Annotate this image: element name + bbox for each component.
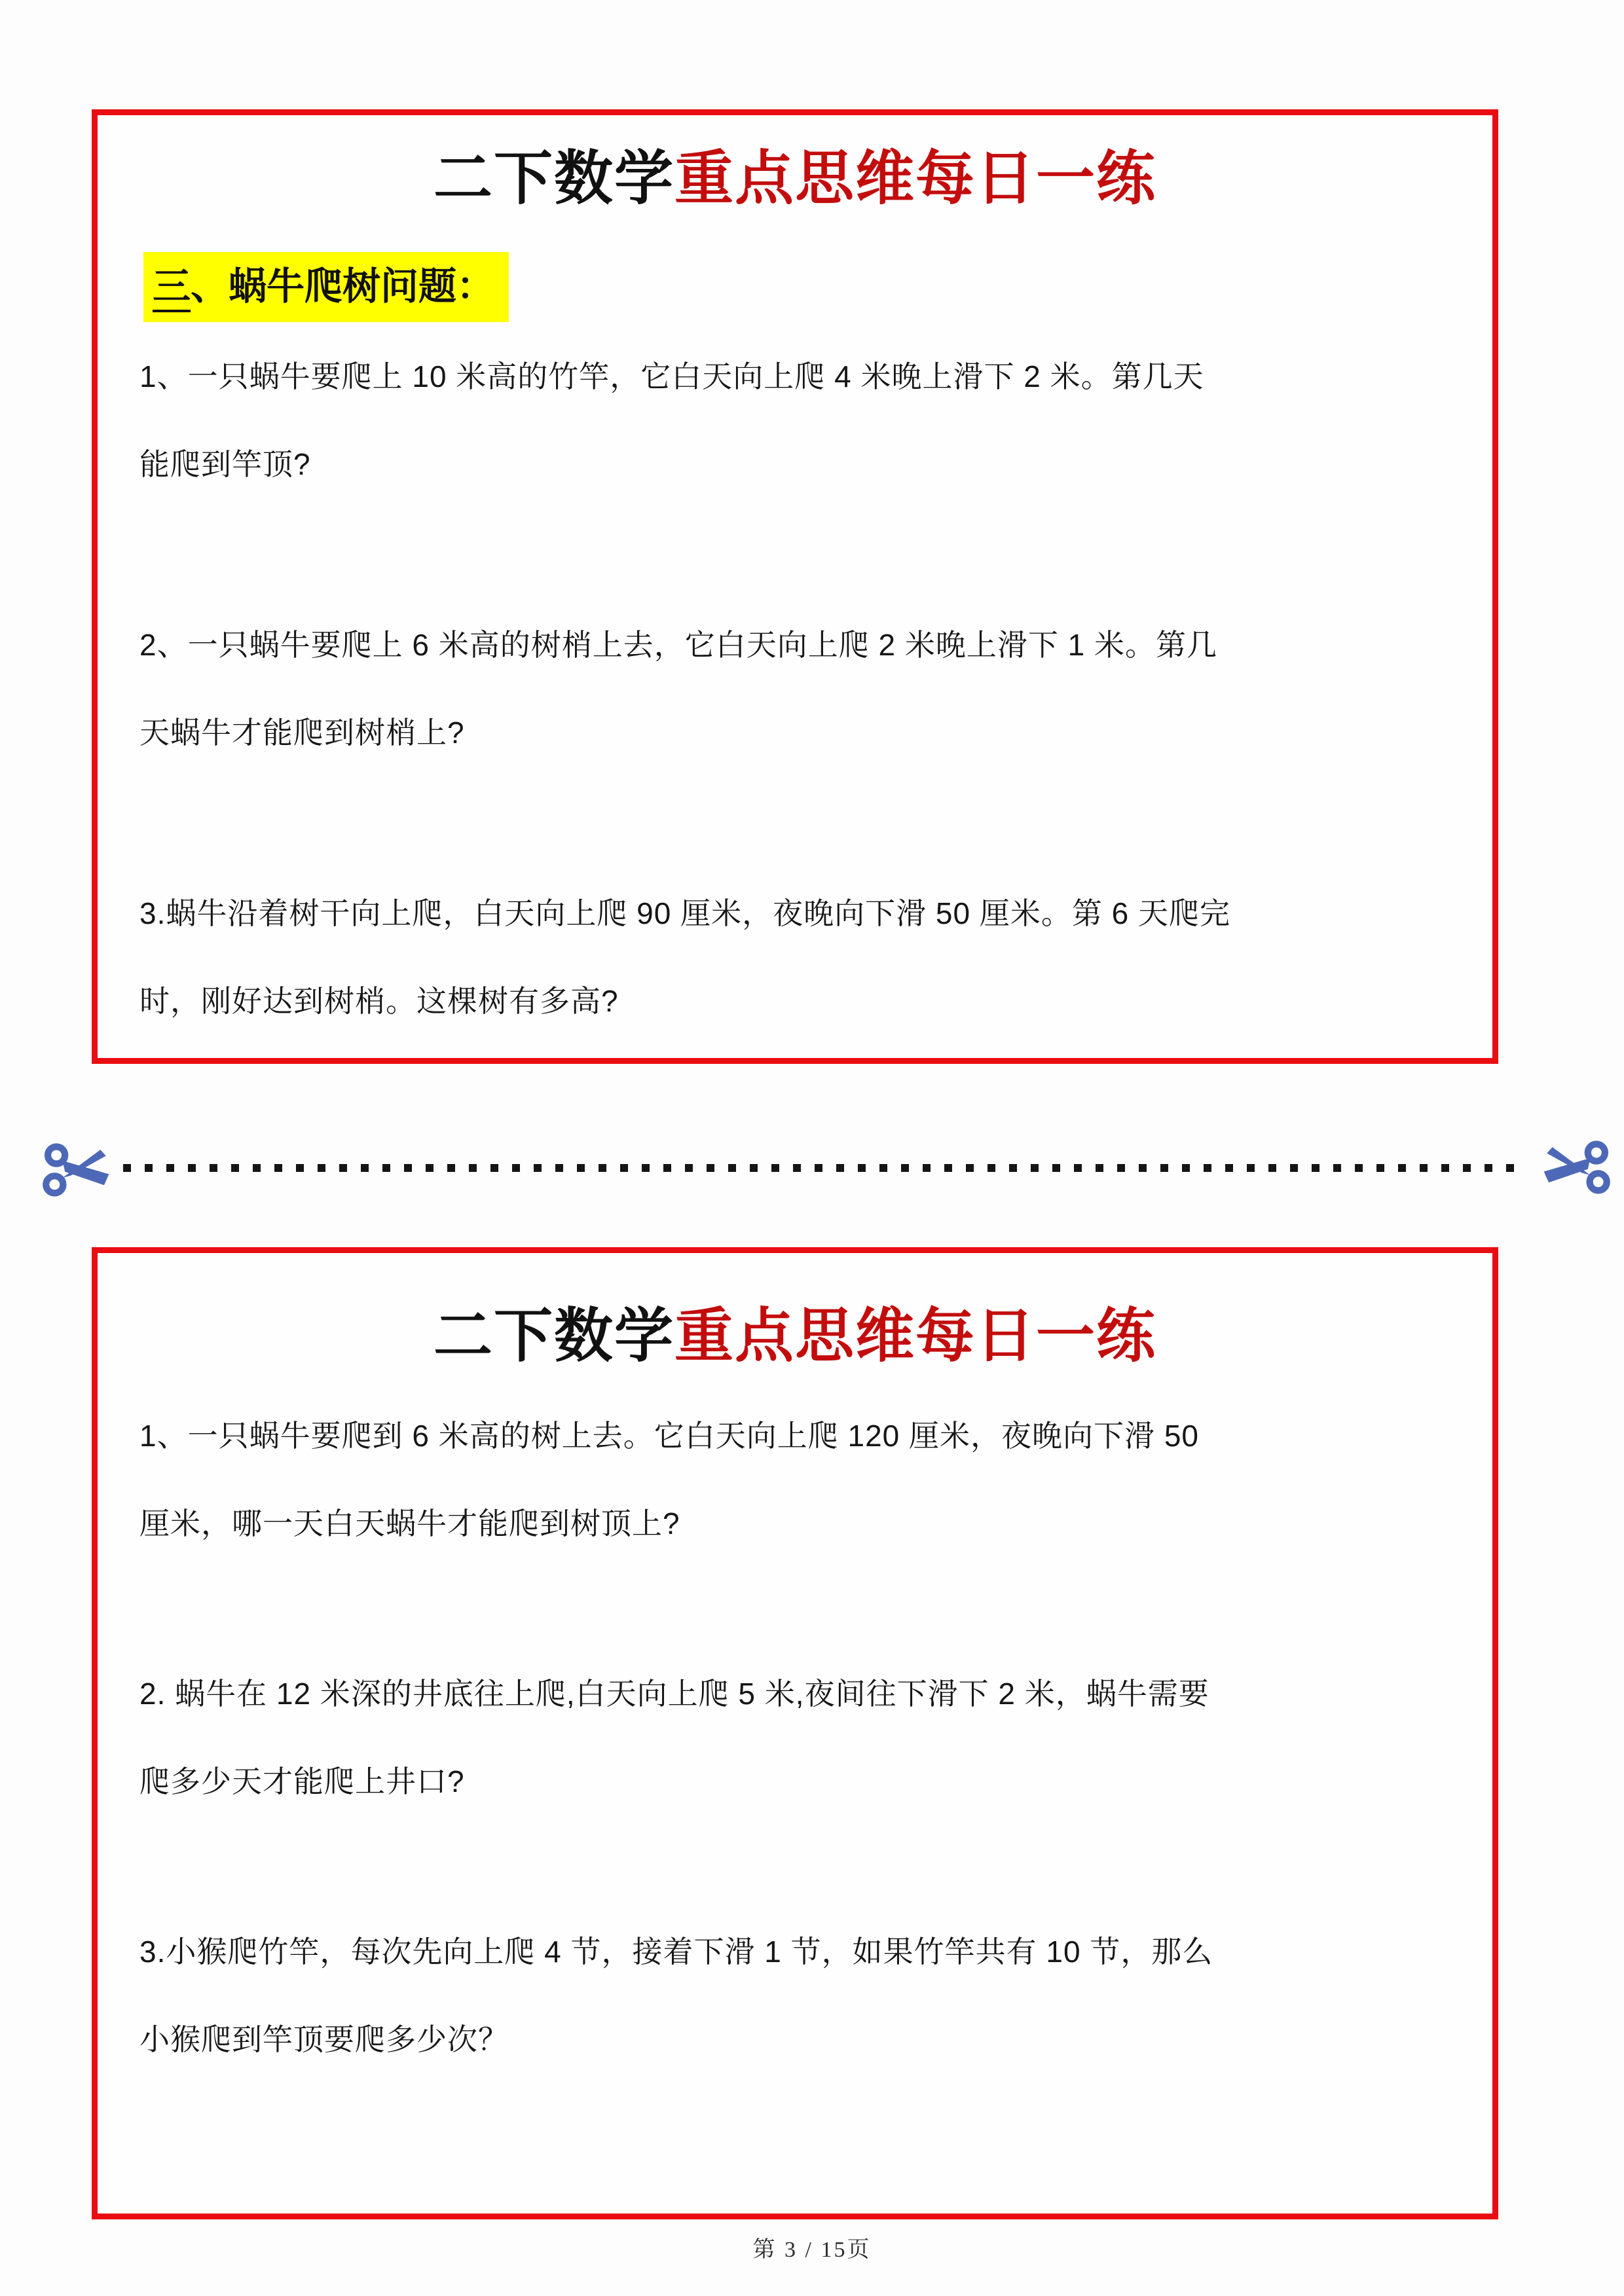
problem-text-line: 1、一只蜗牛要爬到 6 米高的树上去。它白天向上爬 120 厘米，夜晚向下滑 5…	[139, 1392, 1450, 1480]
problem-3: 3.蜗牛沿着树干向上爬，白天向上爬 90 厘米，夜晚向下滑 50 厘米。第 6 …	[139, 869, 1450, 1045]
section-heading-number: 三	[153, 265, 191, 312]
section-heading-text: 、蜗牛爬树问题：	[191, 265, 494, 308]
problem-list: 1、一只蜗牛要爬到 6 米高的树上去。它白天向上爬 120 厘米，夜晚向下滑 5…	[139, 1392, 1450, 2083]
problem-1: 1、一只蜗牛要爬到 6 米高的树上去。它白天向上爬 120 厘米，夜晚向下滑 5…	[139, 1392, 1450, 1567]
problem-3: 3.小猴爬竹竿，每次先向上爬 4 节，接着下滑 1 节，如果竹竿共有 10 节，…	[139, 1908, 1450, 2083]
problem-text-line: 小猴爬到竿顶要爬多少次？	[139, 1995, 1450, 2083]
problem-text-line: 2. 蜗牛在 12 米深的井底往上爬,白天向上爬 5 米,夜间往下滑下 2 米，…	[139, 1650, 1450, 1738]
page-title: 二下数学重点思维每日一练	[139, 1299, 1450, 1374]
page-title-red-part: 重点思维每日一练	[674, 147, 1156, 211]
dotted-cut-line	[123, 1164, 1526, 1172]
problem-text-line: 1、一只蜗牛要爬上 10 米高的竹竿，它白天向上爬 4 米晚上滑下 2 米。第几…	[139, 333, 1450, 420]
cut-line	[0, 1130, 1624, 1209]
page-title-black-part: 二下数学	[434, 147, 674, 211]
page-title-red-part: 重点思维每日一练	[674, 1304, 1156, 1369]
scissors-icon	[1540, 1133, 1614, 1201]
problem-list: 1、一只蜗牛要爬上 10 米高的竹竿，它白天向上爬 4 米晚上滑下 2 米。第几…	[139, 333, 1450, 1045]
problem-text-line: 能爬到竿顶?	[139, 420, 1450, 508]
problem-text-line: 3.小猴爬竹竿，每次先向上爬 4 节，接着下滑 1 节，如果竹竿共有 10 节，…	[139, 1908, 1450, 1995]
problem-text-line: 3.蜗牛沿着树干向上爬，白天向上爬 90 厘米，夜晚向下滑 50 厘米。第 6 …	[139, 869, 1450, 957]
scissors-icon	[39, 1135, 113, 1203]
problem-2: 2. 蜗牛在 12 米深的井底往上爬,白天向上爬 5 米,夜间往下滑下 2 米，…	[139, 1650, 1450, 1825]
practice-card-bottom: 二下数学重点思维每日一练 1、一只蜗牛要爬到 6 米高的树上去。它白天向上爬 1…	[92, 1247, 1498, 2219]
page-number: 第 3 / 15页	[0, 2231, 1624, 2263]
page-title-black-part: 二下数学	[434, 1304, 674, 1369]
problem-text-line: 爬多少天才能爬上井口?	[139, 1738, 1450, 1825]
problem-text-line: 2、一只蜗牛要爬上 6 米高的树梢上去，它白天向上爬 2 米晚上滑下 1 米。第…	[139, 601, 1450, 689]
section-heading: 三、蜗牛爬树问题：	[143, 252, 509, 322]
problem-text-line: 天蜗牛才能爬到树梢上?	[139, 689, 1450, 776]
page-title: 二下数学重点思维每日一练	[139, 141, 1450, 217]
problem-text-line: 时，刚好达到树梢。这棵树有多高?	[139, 957, 1450, 1045]
problem-1: 1、一只蜗牛要爬上 10 米高的竹竿，它白天向上爬 4 米晚上滑下 2 米。第几…	[139, 333, 1450, 508]
problem-text-line: 厘米，哪一天白天蜗牛才能爬到树顶上?	[139, 1480, 1450, 1567]
problem-2: 2、一只蜗牛要爬上 6 米高的树梢上去，它白天向上爬 2 米晚上滑下 1 米。第…	[139, 601, 1450, 776]
practice-card-top: 二下数学重点思维每日一练 三、蜗牛爬树问题： 1、一只蜗牛要爬上 10 米高的竹…	[92, 109, 1498, 1064]
